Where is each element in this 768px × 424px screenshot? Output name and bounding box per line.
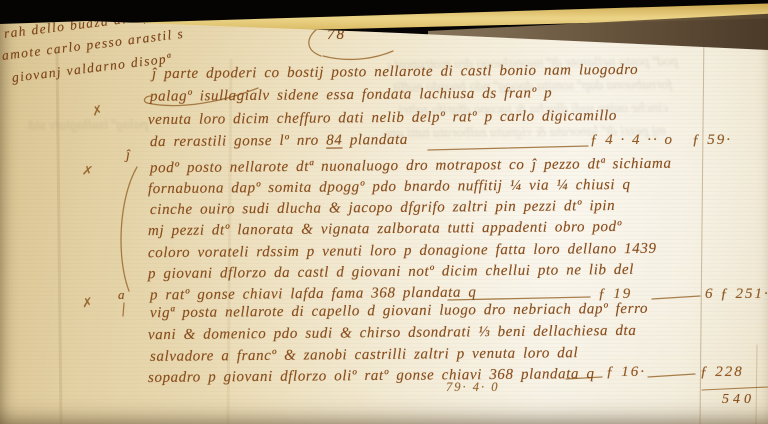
margin-cross-mark: ✗ <box>81 163 94 179</box>
entry1-text-line: da rerastili gonse lº nro 84 plandata <box>150 132 408 151</box>
subtotal-figures: 79· 4· 0 <box>446 380 500 395</box>
entry2-amount-total: 6 ƒ 251· <box>705 286 768 303</box>
entry2-text-line: p ratº gonse chiavi lafda fama 368 pland… <box>150 285 477 305</box>
photo-background: podº posto nellarote dtª nuonaluogo dro … <box>0 0 768 424</box>
folio-number: 78 <box>327 27 346 44</box>
entry1-ledger-ref: 84 <box>326 132 342 148</box>
entry1-lastline-post: plandata <box>342 132 408 149</box>
entry1-amount-values: ƒ 4 · 4 ·· o <box>590 132 674 149</box>
entry3-amount-total: ƒ 228 <box>700 364 744 381</box>
entry1-lastline-pre: da rerastili gonse lº nro <box>150 133 326 151</box>
manuscript-page: podº posto nellarote dtª nuonaluogo dro … <box>0 0 768 424</box>
entry2-paragraph-marker: ĵ <box>126 148 130 164</box>
entry1-text-line: palagº isullagialv sidene essa fondata l… <box>150 85 552 106</box>
entry3-paragraph-marker: a <box>118 287 125 303</box>
column-total: 540 <box>722 392 755 408</box>
entry3-amount-values: ƒ 16· <box>606 364 646 381</box>
bleed-through-text: palagº isullagialv sidene essa fondata l… <box>28 117 148 134</box>
margin-cross-mark: ✗ <box>81 295 93 311</box>
entry1-amount-total: ƒ 59· <box>692 132 732 149</box>
